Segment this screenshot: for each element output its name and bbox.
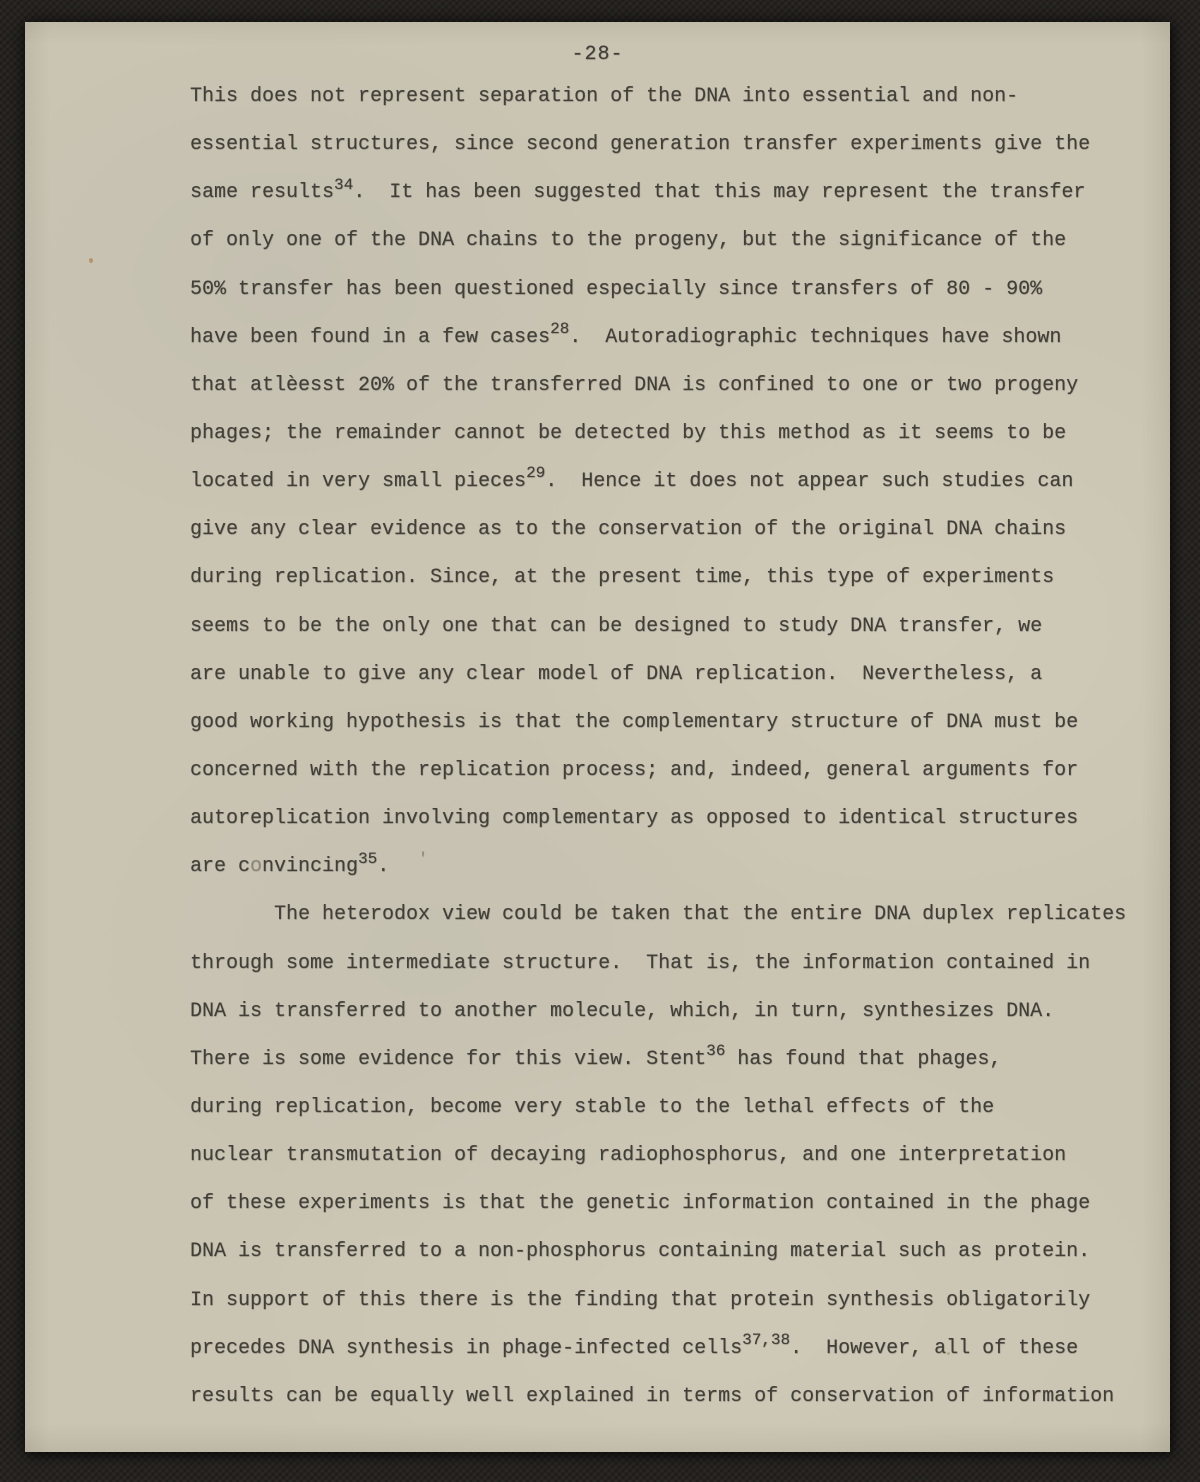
paper-sheet: -28- This does not represent separation … xyxy=(25,22,1170,1452)
reference-superscript: 35 xyxy=(358,850,377,868)
reference-superscript: 36 xyxy=(706,1042,725,1060)
text-segment: . Autoradiographic techniques have shown xyxy=(569,326,1061,349)
text-segment: In support of this there is the finding … xyxy=(190,1289,1090,1312)
text-line: have been found in a few cases28. Autora… xyxy=(190,314,1150,362)
text-line: give any clear evidence as to the conser… xyxy=(190,506,1150,554)
text-segment: The heterodox view could be taken that t… xyxy=(274,903,1126,926)
text-line: good working hypothesis is that the comp… xyxy=(190,699,1150,747)
text-segment: autoreplication involving complementary … xyxy=(190,807,1078,830)
text-segment: precedes DNA synthesis in phage-infected… xyxy=(190,1337,742,1360)
text-segment: 50% transfer has been questioned especia… xyxy=(190,278,1042,301)
text-segment: . It has been suggested that this may re… xyxy=(353,181,1085,204)
text-segment: are c xyxy=(190,855,250,878)
text-segment: of these experiments is that the genetic… xyxy=(190,1192,1090,1215)
text-segment: phages; the remainder cannot be detected… xyxy=(190,422,1066,445)
text-line: The heterodox view could be taken that t… xyxy=(190,891,1150,939)
text-line: during replication. Since, at the presen… xyxy=(190,554,1150,602)
text-line: results can be equally well explained in… xyxy=(190,1373,1150,1421)
text-line: 50% transfer has been questioned especia… xyxy=(190,266,1150,314)
text-segment: have been found in a few cases xyxy=(190,326,550,349)
text-line: precedes DNA synthesis in phage-infected… xyxy=(190,1325,1150,1373)
reference-superscript: 34 xyxy=(334,176,353,194)
text-segment: same results xyxy=(190,181,334,204)
reference-superscript: 37,38 xyxy=(742,1331,790,1349)
text-segment: nvincing xyxy=(262,855,358,878)
scanned-page-background: { "page": { "page_number": "-28-", "colo… xyxy=(0,0,1200,1482)
text-segment: good working hypothesis is that the comp… xyxy=(190,711,1078,734)
text-segment: o xyxy=(250,855,262,878)
text-line: This does not represent separation of th… xyxy=(190,73,1150,121)
page-number: -28- xyxy=(25,43,1170,66)
text-segment: are unable to give any clear model of DN… xyxy=(190,663,1042,686)
text-segment: that atlèesst 20% of the transferred DNA… xyxy=(190,374,1078,397)
text-line: DNA is transferred to another molecule, … xyxy=(190,988,1150,1036)
text-segment: concerned with the replication process; … xyxy=(190,759,1078,782)
text-line: concerned with the replication process; … xyxy=(190,747,1150,795)
text-line: seems to be the only one that can be des… xyxy=(190,603,1150,651)
text-segment: nuclear transmutation of decaying radiop… xyxy=(190,1144,1066,1167)
text-segment: located in very small pieces xyxy=(190,470,526,493)
text-line: same results34. It has been suggested th… xyxy=(190,169,1150,217)
text-segment: during replication, become very stable t… xyxy=(190,1096,994,1119)
text-segment: through some intermediate structure. Tha… xyxy=(190,952,1090,975)
reference-superscript: 28 xyxy=(550,320,569,338)
text-line: during replication, become very stable t… xyxy=(190,1084,1150,1132)
text-segment: during replication. Since, at the presen… xyxy=(190,566,1054,589)
text-segment: results can be equally well explained in… xyxy=(190,1385,1114,1408)
text-line: phages; the remainder cannot be detected… xyxy=(190,410,1150,458)
text-line: autoreplication involving complementary … xyxy=(190,795,1150,843)
text-segment: has found that phages, xyxy=(725,1048,1001,1071)
reference-superscript: 29 xyxy=(526,464,545,482)
text-segment: DNA is transferred to a non-phosphorus c… xyxy=(190,1240,1090,1263)
text-segment: give any clear evidence as to the conser… xyxy=(190,518,1066,541)
text-line: through some intermediate structure. Tha… xyxy=(190,940,1150,988)
text-line: essential structures, since second gener… xyxy=(190,121,1150,169)
text-line: located in very small pieces29. Hence it… xyxy=(190,458,1150,506)
text-line: DNA is transferred to a non-phosphorus c… xyxy=(190,1228,1150,1276)
text-line: of only one of the DNA chains to the pro… xyxy=(190,217,1150,265)
reference-superscript: ′ xyxy=(389,850,427,868)
text-block: This does not represent separation of th… xyxy=(190,73,1150,1421)
text-segment: seems to be the only one that can be des… xyxy=(190,615,1042,638)
paper-speck xyxy=(89,258,93,263)
text-line: There is some evidence for this view. St… xyxy=(190,1036,1150,1084)
text-segment: . However, all of these xyxy=(790,1337,1078,1360)
text-segment: DNA is transferred to another molecule, … xyxy=(190,1000,1054,1023)
text-segment: essential structures, since second gener… xyxy=(190,133,1090,156)
text-segment: There is some evidence for this view. St… xyxy=(190,1048,706,1071)
text-segment: This does not represent separation of th… xyxy=(190,85,1018,108)
text-line: In support of this there is the finding … xyxy=(190,1277,1150,1325)
text-line: that atlèesst 20% of the transferred DNA… xyxy=(190,362,1150,410)
text-segment: . Hence it does not appear such studies … xyxy=(545,470,1073,493)
text-segment: of only one of the DNA chains to the pro… xyxy=(190,229,1066,252)
text-line: nuclear transmutation of decaying radiop… xyxy=(190,1132,1150,1180)
text-line: are unable to give any clear model of DN… xyxy=(190,651,1150,699)
text-segment: . xyxy=(377,855,389,878)
text-line: of these experiments is that the genetic… xyxy=(190,1180,1150,1228)
text-line: are convincing35. ′ xyxy=(190,843,1150,891)
